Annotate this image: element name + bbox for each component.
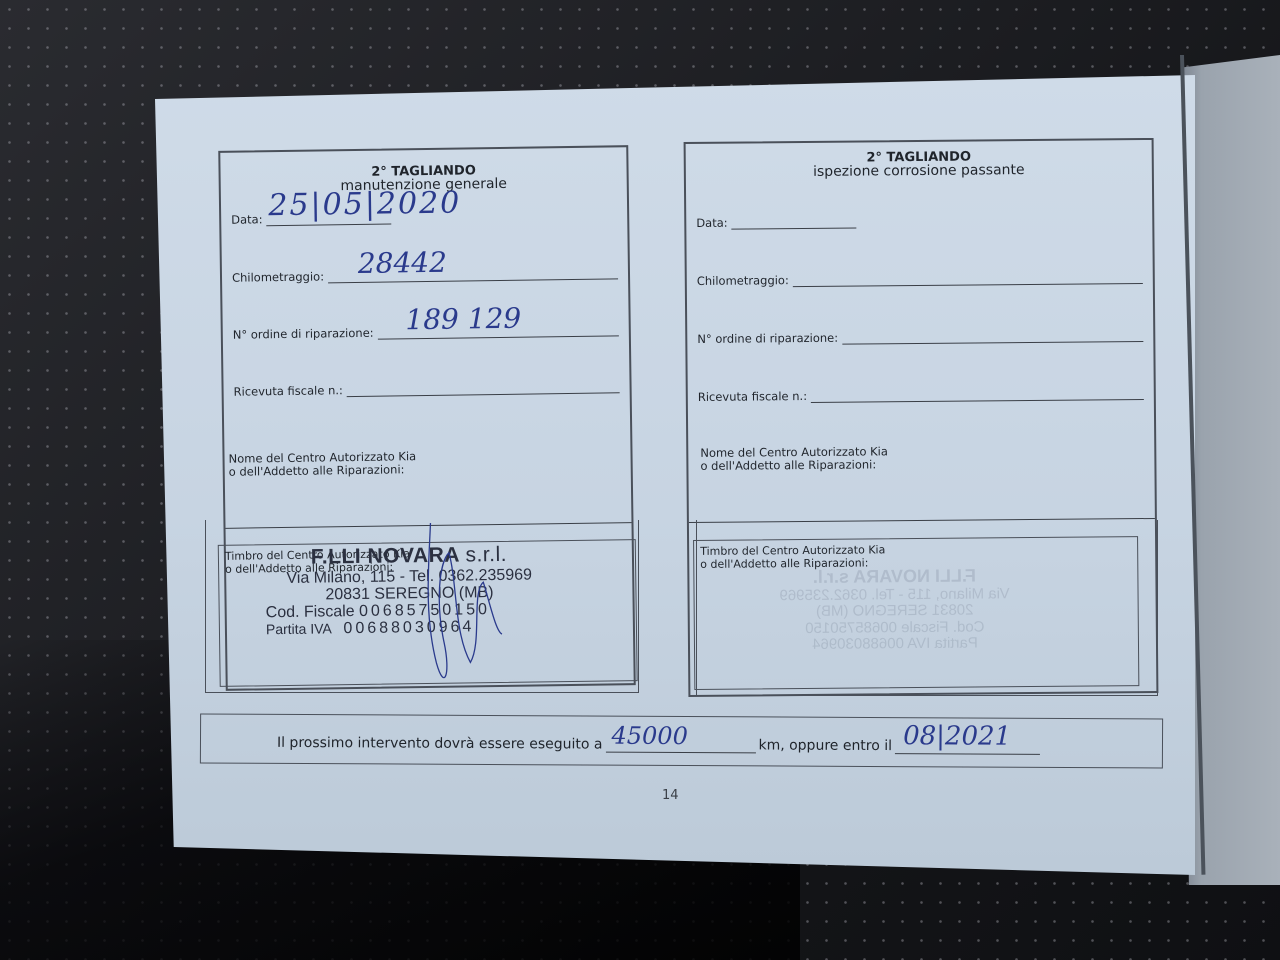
km-label: Chilometraggio:: [697, 273, 789, 288]
date-label: Data:: [696, 216, 727, 230]
km-value: 28442: [358, 246, 448, 280]
center-name-label-line2: o dell'Addetto alle Riparazioni:: [700, 458, 888, 473]
repair-order-value: 189 129: [405, 302, 521, 337]
next-service-km-field[interactable]: 45000: [605, 752, 755, 754]
receipt-field[interactable]: Ricevuta fiscale n.:: [698, 386, 1144, 404]
repair-order-field[interactable]: N° ordine di riparazione:: [697, 328, 1143, 346]
receipt-field[interactable]: Ricevuta fiscale n.:: [234, 379, 620, 398]
next-service-date-field[interactable]: 08|2021: [895, 753, 1040, 755]
km-field[interactable]: Chilometraggio: 28442: [232, 265, 618, 284]
receipt-label: Ricevuta fiscale n.:: [698, 389, 807, 404]
next-service-text: Il prossimo intervento dovrà essere eseg…: [277, 735, 1043, 755]
next-service-km-value: 45000: [611, 722, 688, 750]
km-field[interactable]: Chilometraggio:: [697, 270, 1143, 288]
next-service-middle: km, oppure entro il: [758, 737, 892, 754]
repair-order-label: N° ordine di riparazione:: [233, 326, 374, 342]
date-label: Data:: [231, 212, 263, 226]
next-service-prefix: Il prossimo intervento dovrà essere eseg…: [277, 735, 603, 753]
form-subtitle: ispezione corrosione passante: [686, 161, 1152, 181]
next-service-date-value: 08|2021: [903, 721, 1011, 752]
next-service-box: Il prossimo intervento dovrà essere eseg…: [200, 713, 1163, 768]
receipt-label: Ricevuta fiscale n.:: [234, 383, 343, 399]
date-field[interactable]: Data:: [696, 212, 1142, 230]
km-label: Chilometraggio:: [232, 269, 324, 284]
page-number: 14: [662, 788, 679, 803]
stamp-frame-right: [696, 520, 1158, 696]
center-name-label: Nome del Centro Autorizzato Kia o dell'A…: [228, 450, 416, 479]
date-field[interactable]: Data: 25|05|2020: [231, 207, 617, 226]
form-title-right: 2° TAGLIANDO ispezione corrosione passan…: [686, 148, 1152, 181]
repair-order-field[interactable]: N° ordine di riparazione: 189 129: [233, 322, 619, 341]
facing-page-edge: [1182, 55, 1280, 885]
stamp-frame-left: [205, 520, 639, 693]
date-value: 25|05|2020: [268, 186, 461, 224]
center-name-label-line2: o dell'Addetto alle Riparazioni:: [229, 463, 417, 479]
center-name-label: Nome del Centro Autorizzato Kia o dell'A…: [700, 445, 888, 473]
repair-order-label: N° ordine di riparazione:: [697, 331, 838, 346]
